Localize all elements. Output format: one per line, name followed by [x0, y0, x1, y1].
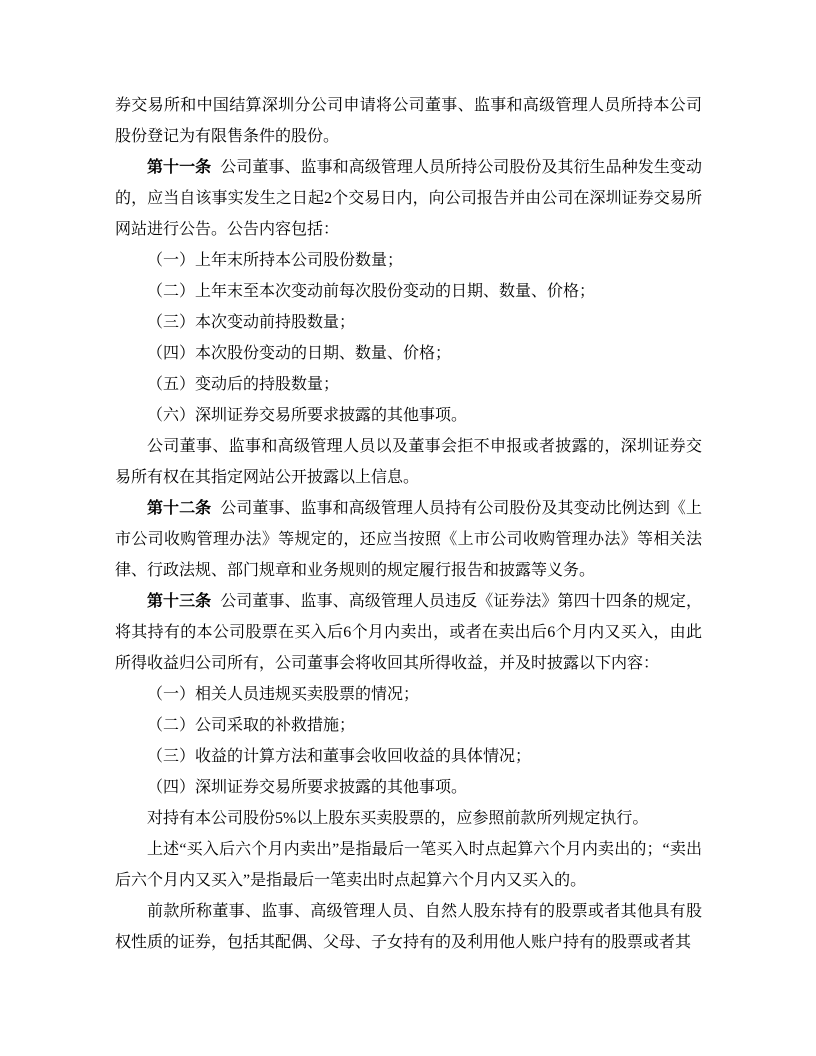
document-page: 券交易所和中国结算深圳分公司申请将公司董事、监事和高级管理人员所持本公司股份登记…	[0, 0, 816, 1056]
list-item: （二）公司采取的补救措施；	[115, 710, 702, 741]
paragraph-text: （一）相关人员违规买卖股票的情况；	[147, 686, 419, 703]
list-item: （三）本次变动前持股数量；	[115, 307, 702, 338]
continuation-paragraph: 券交易所和中国结算深圳分公司申请将公司董事、监事和高级管理人员所持本公司股份登记…	[115, 90, 702, 152]
paragraph-text: 券交易所和中国结算深圳分公司申请将公司董事、监事和高级管理人员所持本公司股份登记…	[115, 97, 702, 145]
list-item: （二）上年末至本次变动前每次股份变动的日期、数量、价格；	[115, 276, 702, 307]
article-number: 第十一条	[147, 159, 211, 176]
paragraph-text: 对持有本公司股份5%以上股东买卖股票的，应参照前款所列规定执行。	[147, 810, 648, 827]
paragraph-text: （四）深圳证券交易所要求披露的其他事项。	[147, 779, 467, 796]
body-paragraph: 上述“买入后六个月内卖出”是指最后一笔买入时点起算六个月内卖出的；“卖出后六个月…	[115, 834, 702, 896]
list-item: （六）深圳证券交易所要求披露的其他事项。	[115, 400, 702, 431]
paragraph-text: （三）收益的计算方法和董事会收回收益的具体情况；	[147, 748, 531, 765]
paragraph-text: （六）深圳证券交易所要求披露的其他事项。	[147, 407, 467, 424]
article-paragraph: 第十二条公司董事、监事和高级管理人员持有公司股份及其变动比例达到《上市公司收购管…	[115, 493, 702, 586]
list-item: （三）收益的计算方法和董事会收回收益的具体情况；	[115, 741, 702, 772]
article-paragraph: 第十一条公司董事、监事和高级管理人员所持公司股份及其衍生品种发生变动的，应当自该…	[115, 152, 702, 245]
list-item: （四）深圳证券交易所要求披露的其他事项。	[115, 772, 702, 803]
paragraph-text: （一）上年末所持本公司股份数量；	[147, 252, 403, 269]
list-item: （一）相关人员违规买卖股票的情况；	[115, 679, 702, 710]
list-item: （一）上年末所持本公司股份数量；	[115, 245, 702, 276]
body-paragraph: 前款所称董事、监事、高级管理人员、自然人股东持有的股票或者其他具有股权性质的证券…	[115, 896, 702, 958]
list-item: （五）变动后的持股数量；	[115, 369, 702, 400]
body-paragraph: 对持有本公司股份5%以上股东买卖股票的，应参照前款所列规定执行。	[115, 803, 702, 834]
paragraph-text: 上述“买入后六个月内卖出”是指最后一笔买入时点起算六个月内卖出的；“卖出后六个月…	[115, 841, 702, 889]
article-number: 第十三条	[147, 593, 211, 610]
body-paragraph: 公司董事、监事和高级管理人员以及董事会拒不申报或者披露的，深圳证券交易所有权在其…	[115, 431, 702, 493]
paragraph-text: （二）上年末至本次变动前每次股份变动的日期、数量、价格；	[147, 283, 595, 300]
paragraph-text: （二）公司采取的补救措施；	[147, 717, 355, 734]
article-paragraph: 第十三条公司董事、监事、高级管理人员违反《证券法》第四十四条的规定，将其持有的本…	[115, 586, 702, 679]
paragraph-text: 公司董事、监事和高级管理人员以及董事会拒不申报或者披露的，深圳证券交易所有权在其…	[115, 438, 702, 486]
paragraph-text: （四）本次股份变动的日期、数量、价格；	[147, 345, 451, 362]
paragraph-text: （五）变动后的持股数量；	[147, 376, 339, 393]
paragraph-text: 前款所称董事、监事、高级管理人员、自然人股东持有的股票或者其他具有股权性质的证券…	[115, 903, 702, 951]
list-item: （四）本次股份变动的日期、数量、价格；	[115, 338, 702, 369]
paragraph-text: （三）本次变动前持股数量；	[147, 314, 355, 331]
document-body: 券交易所和中国结算深圳分公司申请将公司董事、监事和高级管理人员所持本公司股份登记…	[115, 90, 702, 958]
article-number: 第十二条	[147, 500, 211, 517]
